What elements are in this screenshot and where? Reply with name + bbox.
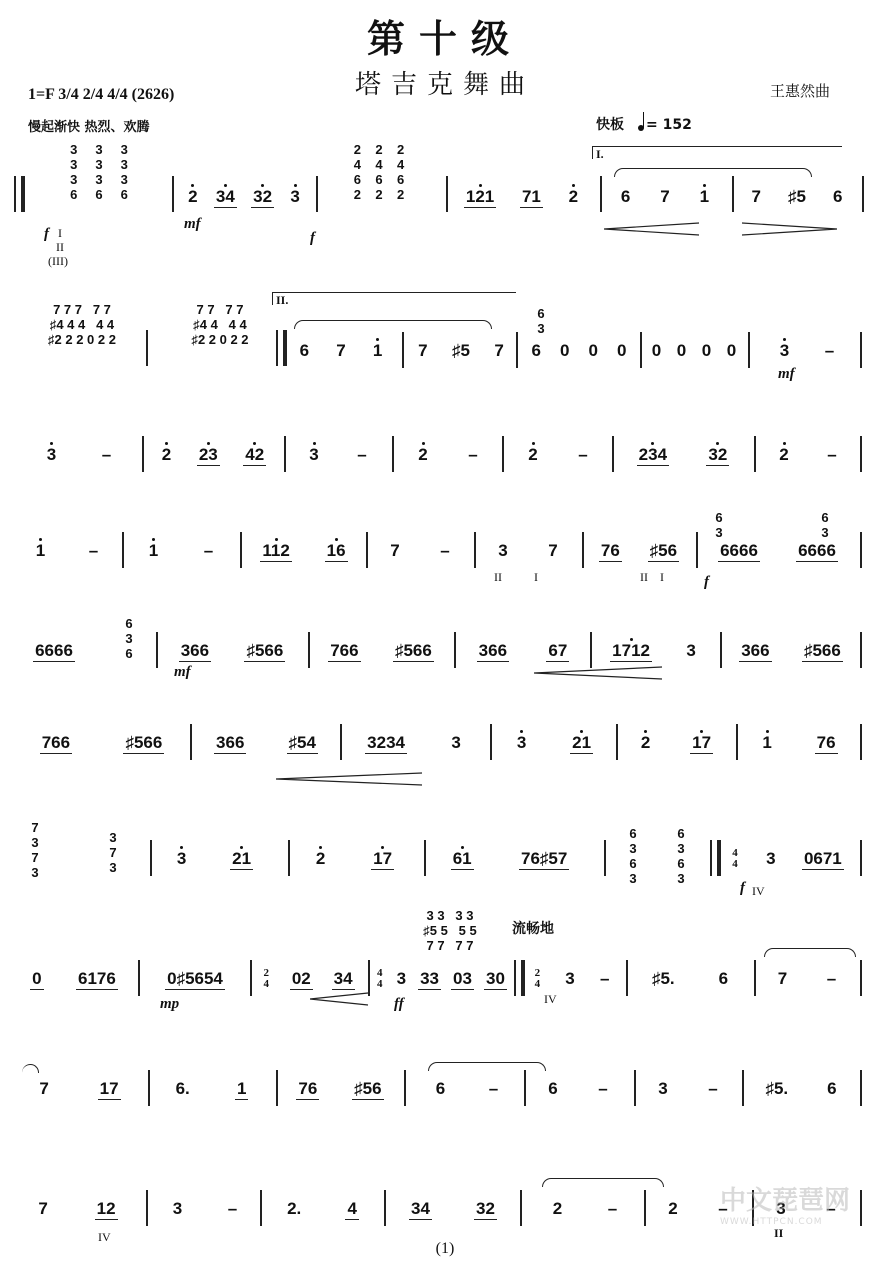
- note: 3: [395, 969, 408, 989]
- measure-2: 6.1: [152, 1074, 270, 1104]
- barline: [308, 632, 310, 668]
- measure-6: 3–: [638, 1074, 738, 1104]
- note: 61: [451, 849, 474, 870]
- barline: [860, 632, 862, 668]
- note: –: [598, 969, 611, 989]
- note: 1712: [610, 641, 652, 662]
- measure-3: 671: [286, 336, 396, 366]
- note: 21: [230, 849, 253, 870]
- barline: [474, 532, 476, 568]
- measure-5: 2–: [508, 440, 608, 470]
- note: ♯566: [123, 733, 164, 754]
- note: 6666: [33, 641, 75, 662]
- measure-1: 3–: [24, 440, 134, 470]
- composer: 王惠然曲: [770, 80, 830, 101]
- note: 6: [831, 187, 844, 207]
- chord-stack: 636: [122, 616, 136, 661]
- quarter-note-icon: [638, 125, 644, 131]
- measure-3: 2.4: [264, 1194, 380, 1224]
- note: 3: [307, 445, 320, 465]
- dynamic-mf: mf: [778, 366, 795, 383]
- barline: [634, 1070, 636, 1106]
- barline: [748, 332, 750, 368]
- measure-4: 6176♯57: [428, 844, 592, 874]
- tempo-label: 快板: [596, 117, 624, 133]
- measure-1: 717: [14, 1074, 144, 1104]
- time-signature: 44: [377, 968, 383, 990]
- barline: [138, 960, 140, 996]
- barline: [288, 840, 290, 876]
- measure-6: 366♯566: [724, 636, 858, 666]
- barline: [524, 1070, 526, 1106]
- measure-2: 22342: [148, 440, 278, 470]
- note: 2: [416, 445, 429, 465]
- note: 34: [332, 969, 355, 990]
- note: 2: [314, 849, 327, 869]
- measure-5: 17123: [594, 636, 714, 666]
- dynamic-ff: ff: [394, 996, 404, 1013]
- barline: [148, 1070, 150, 1106]
- note: –: [100, 445, 113, 465]
- staff-row-6: 766♯566 366♯54 32343 321 217 176: [14, 690, 864, 770]
- chord-stack: 6363: [674, 826, 688, 886]
- dynamic-mf: mf: [174, 664, 191, 681]
- note: 17: [690, 733, 713, 754]
- barline: [862, 176, 864, 212]
- note: 33: [418, 969, 441, 990]
- note: 7: [37, 1079, 50, 1099]
- note: 3: [764, 849, 777, 869]
- crescendo-hairpin: [604, 222, 704, 236]
- measure-5: 6000: [522, 336, 636, 366]
- barline: [640, 332, 642, 368]
- watermark-url: WWW.HTTPCN.COM: [720, 1217, 850, 1227]
- barline: [860, 436, 862, 472]
- barline: [142, 436, 144, 472]
- decrescendo-hairpin: [534, 666, 664, 680]
- note: 16: [325, 541, 348, 562]
- note: ♯5: [450, 341, 472, 361]
- note: 7: [492, 341, 505, 361]
- barline: [502, 436, 504, 472]
- note: 2: [639, 733, 652, 753]
- barline: [590, 632, 592, 668]
- measure-4: 3432: [388, 1194, 518, 1224]
- note: 30: [484, 969, 507, 990]
- note: 6176: [76, 969, 118, 990]
- barline: [384, 1190, 386, 1226]
- measure-7: 66666666: [700, 536, 856, 566]
- note: –: [487, 1079, 500, 1099]
- measure-3: 766♯566: [312, 636, 450, 666]
- note: 3: [175, 849, 188, 869]
- note: –: [706, 1079, 719, 1099]
- measure-4: 2–: [398, 440, 498, 470]
- crescendo-hairpin: [276, 772, 426, 786]
- barline: [366, 532, 368, 568]
- note: 2: [526, 445, 539, 465]
- note: –: [438, 541, 451, 561]
- note: 3: [563, 969, 576, 989]
- tempo-marking: 快板= 152: [596, 114, 692, 134]
- chord-stack: 6363: [626, 826, 640, 886]
- string-label: (III): [48, 254, 68, 269]
- note: 7: [388, 541, 401, 561]
- note: 76: [296, 1079, 319, 1100]
- note: 0: [30, 969, 43, 990]
- note: 0: [700, 341, 713, 361]
- barline: [156, 632, 158, 668]
- dynamic-f: f: [740, 880, 745, 897]
- page-number: (1): [0, 1240, 890, 1258]
- barline: [190, 724, 192, 760]
- string-label: I: [534, 570, 538, 585]
- note: 03: [451, 969, 474, 990]
- measure-1: 06176: [14, 964, 134, 994]
- note: 2: [777, 445, 790, 465]
- measure-2: 366♯566: [162, 636, 302, 666]
- measure-7: ♯5.6: [746, 1074, 856, 1104]
- note: 6: [717, 969, 730, 989]
- barline: [860, 532, 862, 568]
- measure-2: 321: [154, 844, 274, 874]
- note: 2.: [285, 1199, 303, 1219]
- barline: [736, 724, 738, 760]
- slur: [614, 168, 812, 177]
- note: 67: [546, 641, 569, 662]
- note: 6: [825, 1079, 838, 1099]
- measure-6: 23432: [618, 440, 748, 470]
- barline: [276, 1070, 278, 1106]
- tie: [428, 1062, 546, 1071]
- note: 7: [776, 969, 789, 989]
- measure-1: 1–: [14, 536, 120, 566]
- barline: [696, 532, 698, 568]
- time-signature: 44: [732, 848, 738, 870]
- barline: [260, 1190, 262, 1226]
- staff-row-9: 717 6.1 76♯56 6– 6– 3– ♯5.6: [14, 1030, 864, 1110]
- note: 0671: [802, 849, 844, 870]
- barline: [250, 960, 252, 996]
- barline: [516, 332, 518, 368]
- note: 7: [416, 341, 429, 361]
- slur: [294, 320, 492, 329]
- measure-5: 217: [620, 728, 732, 758]
- measure-1: 712: [14, 1194, 140, 1224]
- string-label: II: [640, 570, 648, 585]
- barline: [616, 724, 618, 760]
- tie: [764, 948, 856, 957]
- note: 12: [95, 1199, 118, 1220]
- note: 0: [650, 341, 663, 361]
- note: 112: [260, 541, 291, 562]
- staff-row-1: 3 3 33 3 33 3 36 6 6 2 34 32 3 2 2 24 4 …: [14, 142, 864, 222]
- tie: [22, 1064, 39, 1073]
- measure-3: 240234: [254, 964, 364, 994]
- note: 0: [587, 341, 600, 361]
- dynamic-mf: mf: [184, 216, 201, 233]
- barline: [404, 1070, 406, 1106]
- note: 1: [371, 341, 384, 361]
- string-label: IV: [544, 992, 557, 1007]
- measure-6: 7♯56: [738, 182, 856, 212]
- time-signature: 24: [535, 968, 541, 990]
- note: –: [466, 445, 479, 465]
- measure-2: 3–: [150, 1194, 260, 1224]
- note: 766: [40, 733, 72, 754]
- note: 3: [496, 541, 509, 561]
- note: –: [606, 1199, 619, 1219]
- chord-stack: 3 3 3 3♯5 5 5 57 7 7 7: [410, 908, 490, 953]
- volta-1: I.: [592, 146, 842, 159]
- staff-row-3: 3– 22342 3– 2– 2– 23432 2–: [14, 402, 864, 482]
- note: 234: [637, 445, 669, 466]
- tempo-value: = 152: [646, 117, 692, 133]
- staff-row-7: 7373 373 321 217 6176♯57 4430671 6363 63…: [14, 790, 864, 870]
- note: 17: [98, 1079, 121, 1100]
- note: 34: [409, 1199, 432, 1220]
- note: 3: [45, 445, 58, 465]
- note: 7: [750, 187, 763, 207]
- measure-4: 321: [494, 728, 614, 758]
- note: 0: [558, 341, 571, 361]
- note: 6666: [796, 541, 838, 562]
- note: ♯54: [287, 733, 318, 754]
- note: ♯5.: [650, 969, 677, 989]
- string-label: II: [56, 240, 64, 255]
- note: 7: [36, 1199, 49, 1219]
- note: 366: [477, 641, 509, 662]
- note: 17: [371, 849, 394, 870]
- dynamic-mp: mp: [160, 996, 179, 1013]
- measure-3: 76♯56: [280, 1074, 400, 1104]
- dynamic-f: f: [310, 230, 315, 247]
- note: 366: [179, 641, 211, 662]
- barline: [368, 960, 370, 996]
- barline: [490, 724, 492, 760]
- tie: [542, 1178, 664, 1187]
- measure-3: 3–: [290, 440, 386, 470]
- note: 32: [474, 1199, 497, 1220]
- string-label: II: [494, 570, 502, 585]
- barline: [604, 840, 606, 876]
- barline: [582, 532, 584, 568]
- note: 42: [243, 445, 266, 466]
- note: –: [355, 445, 368, 465]
- string-label: I: [660, 570, 664, 585]
- watermark-text: 中文琵琶网: [720, 1186, 850, 1216]
- barline: [860, 1070, 862, 1106]
- note: –: [596, 1079, 609, 1099]
- barline: [860, 1190, 862, 1226]
- note: 366: [214, 733, 246, 754]
- note: ♯566: [244, 641, 285, 662]
- measure-6: 176: [740, 728, 858, 758]
- measure-6: 76♯56: [586, 536, 692, 566]
- watermark: 中文琵琶网 WWW.HTTPCN.COM: [720, 1180, 850, 1227]
- measure-7: 3–: [762, 336, 852, 366]
- dynamic-f: f: [704, 574, 709, 591]
- measure-7: 2–: [760, 440, 856, 470]
- barline: [644, 1190, 646, 1226]
- note: ♯56: [648, 541, 679, 562]
- measure-1: 766♯566: [14, 728, 190, 758]
- measure-5: 243–: [524, 964, 622, 994]
- staff-row-4: 1– 1– 11216 7– 37 76♯56 66666666 63 63 I…: [14, 498, 864, 578]
- barline: [146, 1190, 148, 1226]
- note: 0: [675, 341, 688, 361]
- barline: [860, 960, 862, 996]
- note: 3: [684, 641, 697, 661]
- barline: [284, 436, 286, 472]
- staff-row-8: 06176 0♯5654 240234 443330330 243– ♯5.6 …: [14, 908, 864, 988]
- chord-stack: 63: [818, 510, 832, 540]
- barline: [860, 724, 862, 760]
- note: 7: [334, 341, 347, 361]
- note: –: [823, 341, 836, 361]
- note: ♯5.: [763, 1079, 790, 1099]
- volta-2: II.: [272, 292, 516, 305]
- note: 32: [706, 445, 729, 466]
- note: 6: [546, 1079, 559, 1099]
- time-signature: 24: [263, 968, 269, 990]
- barline: [742, 1070, 744, 1106]
- note: 1: [760, 733, 773, 753]
- note: ♯5: [786, 187, 808, 207]
- note: 3: [656, 1079, 669, 1099]
- measure-6: 4430671: [720, 844, 856, 874]
- note: 3: [515, 733, 528, 753]
- key-signature: 1=F 3/4 2/4 4/4 (2626): [28, 86, 174, 104]
- barline: [626, 960, 628, 996]
- note: 02: [290, 969, 313, 990]
- barline: [860, 332, 862, 368]
- note: 1: [235, 1079, 248, 1100]
- note: –: [202, 541, 215, 561]
- measure-5: 37: [478, 536, 578, 566]
- barline: [520, 1190, 522, 1226]
- barline: [150, 840, 152, 876]
- measure-2: 366♯54: [194, 728, 338, 758]
- measure-6: 0000: [644, 336, 744, 366]
- note: 3: [171, 1199, 184, 1219]
- barline: [612, 436, 614, 472]
- note: 21: [570, 733, 593, 754]
- measure-5: 6–: [528, 1074, 628, 1104]
- note: ♯566: [393, 641, 434, 662]
- note: 76♯57: [519, 849, 569, 870]
- measure-3: 11216: [244, 536, 364, 566]
- barline: [720, 632, 722, 668]
- note: 2: [160, 445, 173, 465]
- measure-2: 1–: [126, 536, 236, 566]
- note: 766: [328, 641, 360, 662]
- measure-2: 0♯5654: [142, 964, 248, 994]
- measure-4: 7–: [370, 536, 470, 566]
- barline: [424, 840, 426, 876]
- expression-marking: 慢起渐快 热烈、欢腾: [28, 116, 150, 135]
- measure-6: ♯5.6: [630, 964, 750, 994]
- note: ♯56: [352, 1079, 383, 1100]
- string-label: IV: [752, 884, 765, 899]
- note: 1: [34, 541, 47, 561]
- barline: [754, 436, 756, 472]
- barline: [340, 724, 342, 760]
- note: –: [226, 1199, 239, 1219]
- barline: [402, 332, 404, 368]
- dynamic-f: f: [44, 226, 49, 243]
- note: 2: [551, 1199, 564, 1219]
- measure-1: 6666: [14, 636, 94, 666]
- note: 76: [815, 733, 838, 754]
- measure-7: 7–: [758, 964, 856, 994]
- note: 6: [434, 1079, 447, 1099]
- note: 1: [147, 541, 160, 561]
- string-label: I: [58, 226, 62, 241]
- barline: [754, 960, 756, 996]
- barline: [860, 840, 862, 876]
- note: –: [825, 445, 838, 465]
- chord-stack: 63: [712, 510, 726, 540]
- note: 6: [298, 341, 311, 361]
- measure-4: 36667: [458, 636, 588, 666]
- note: –: [825, 969, 838, 989]
- note: –: [576, 445, 589, 465]
- page-title: 第十级: [0, 8, 890, 63]
- measure-4: 7♯57: [406, 336, 516, 366]
- note: 0♯5654: [165, 969, 225, 990]
- note: 6: [530, 341, 543, 361]
- barline: [454, 632, 456, 668]
- note: 3: [778, 341, 791, 361]
- chord-stack: 63: [534, 306, 548, 336]
- note: 76: [599, 541, 622, 562]
- note: 366: [739, 641, 771, 662]
- note: 2: [666, 1199, 679, 1219]
- barline: [392, 436, 394, 472]
- note: –: [87, 541, 100, 561]
- decrescendo-hairpin: [742, 222, 842, 236]
- note: 3: [449, 733, 462, 753]
- string-label: II: [774, 1226, 783, 1241]
- note: 0: [615, 341, 628, 361]
- note: 0: [725, 341, 738, 361]
- measure-4: 6–: [414, 1074, 520, 1104]
- note: 6.: [174, 1079, 192, 1099]
- note: 6666: [718, 541, 760, 562]
- staff-row-2: 7 7 7 7 7♯4 4 4 4 4♯2 2 2 0 2 2 7 7 7 7♯…: [14, 296, 864, 376]
- barline: [122, 532, 124, 568]
- barline: [240, 532, 242, 568]
- measure-4: 443330330: [372, 964, 512, 994]
- crescendo-hairpin: [310, 992, 370, 1006]
- note: 23: [197, 445, 220, 466]
- note: 7: [546, 541, 559, 561]
- measure-3: 32343: [344, 728, 484, 758]
- note: 3234: [365, 733, 407, 754]
- staff-row-5: 6666 366♯566 766♯566 36667 17123 366♯566…: [14, 598, 864, 678]
- measure-5: 2–: [530, 1194, 640, 1224]
- measure-3: 217: [292, 844, 416, 874]
- note: ♯566: [802, 641, 843, 662]
- note: 4: [345, 1199, 358, 1220]
